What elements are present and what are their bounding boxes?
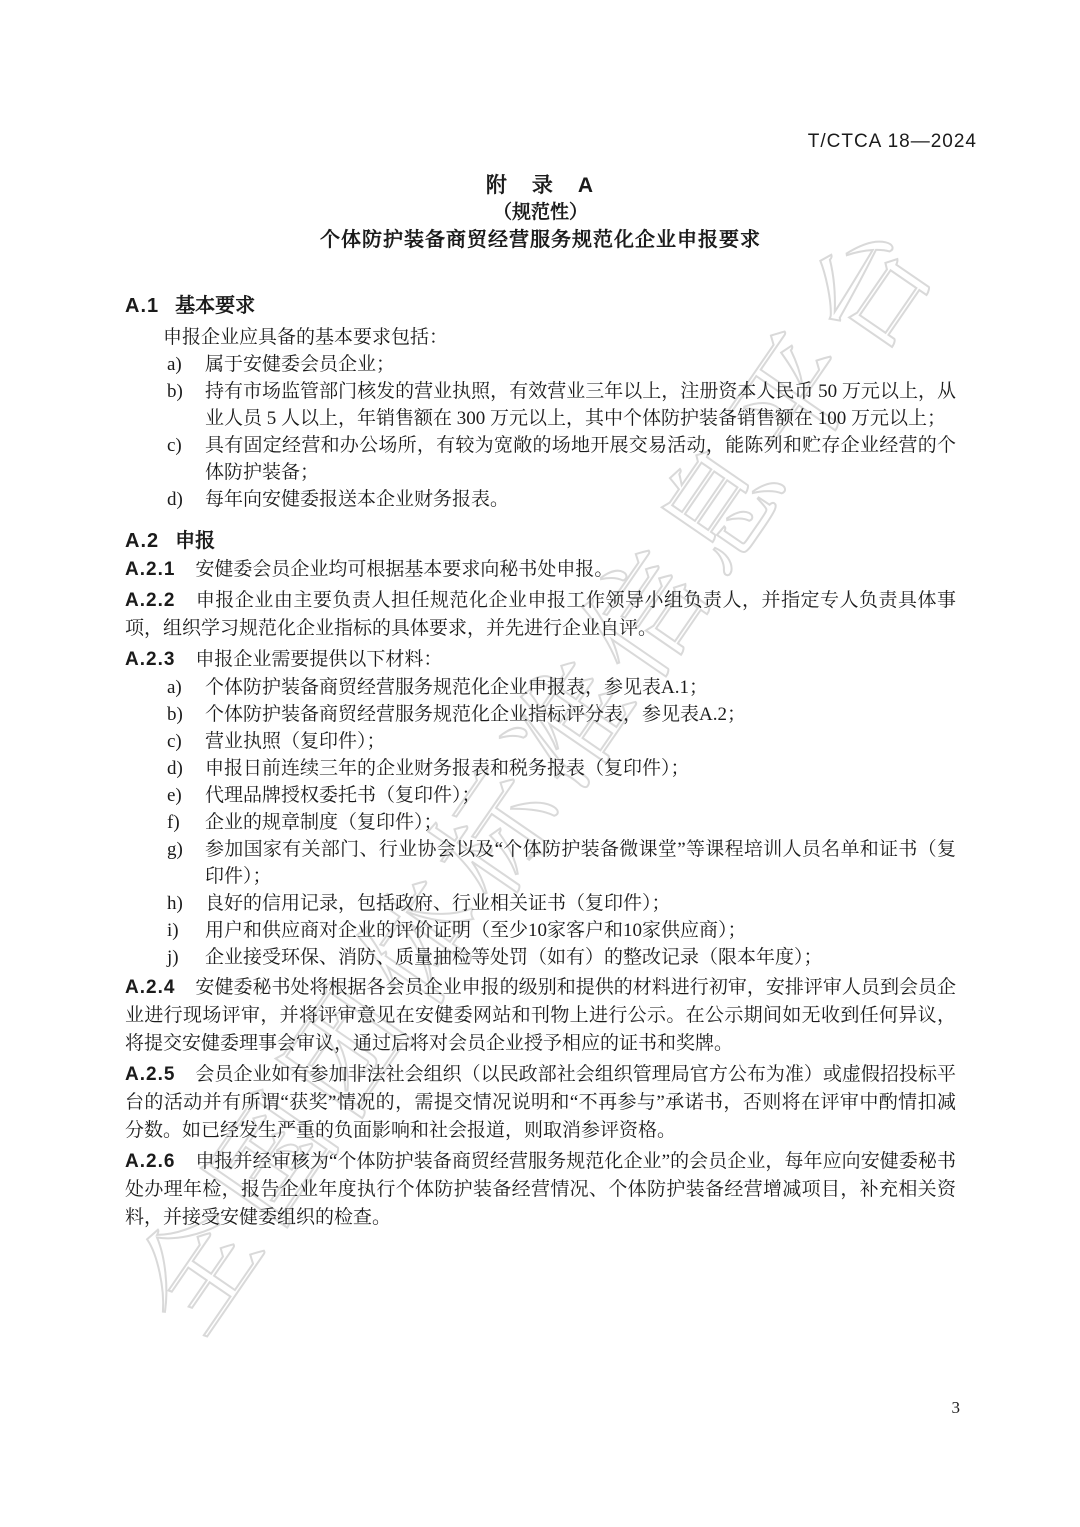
- clause-a2-4-text: 安健委秘书处将根据各会员企业申报的级别和提供的材料进行初审，安排评审人员到会员企…: [125, 977, 956, 1054]
- list-item-label: a): [167, 351, 182, 378]
- list-item: b)个体防护装备商贸经营服务规范化企业指标评分表，参见表A.2；: [125, 701, 956, 728]
- list-item: d)申报日前连续三年的企业财务报表和税务报表（复印件）；: [125, 755, 956, 782]
- list-item-text: 参加国家有关部门、行业协会以及“个体防护装备微课堂”等课程培训人员名单和证书（复…: [205, 839, 956, 887]
- section-a2-title: 申报: [175, 530, 215, 552]
- section-a1-list: a)属于安健委会员企业； b)持有市场监管部门核发的营业执照，有效营业三年以上，…: [125, 351, 956, 513]
- clause-a2-3-text: 申报企业需要提供以下材料：: [195, 649, 442, 670]
- list-item-text: 用户和供应商对企业的评价证明（至少10家客户和10家供应商）；: [205, 920, 747, 941]
- page-number: 3: [952, 1398, 961, 1418]
- list-item: g)参加国家有关部门、行业协会以及“个体防护装备微课堂”等课程培训人员名单和证书…: [125, 836, 956, 890]
- appendix-title: 个体防护装备商贸经营服务规范化企业申报要求: [125, 226, 956, 254]
- list-item-text: 申报日前连续三年的企业财务报表和税务报表（复印件）；: [205, 758, 690, 779]
- list-item: a)个体防护装备商贸经营服务规范化企业申报表，参见表A.1；: [125, 674, 956, 701]
- clause-a2-6-text: 申报并经审核为“个体防护装备商贸经营服务规范化企业”的会员企业，每年应向安健委秘…: [125, 1151, 956, 1228]
- list-item: f)企业的规章制度（复印件）；: [125, 809, 956, 836]
- list-item-label: j): [167, 944, 179, 971]
- list-item-label: d): [167, 755, 183, 782]
- clause-a2-2-text: 申报企业由主要负责人担任规范化企业申报工作领导小组负责人，并指定专人负责具体事项…: [125, 590, 956, 639]
- list-item: a)属于安健委会员企业；: [125, 351, 956, 378]
- clause-a2-1: A.2.1安健委会员企业均可根据基本要求向秘书处申报。: [125, 556, 956, 584]
- clause-a2-5-text: 会员企业如有参加非法社会组织（以民政部社会组织管理局官方公布为准）或虚假招投标平…: [125, 1064, 956, 1141]
- clause-a2-4-number: A.2.4: [125, 977, 175, 998]
- list-item: c)具有固定经营和办公场所，有较为宽敞的场地开展交易活动，能陈列和贮存企业经营的…: [125, 432, 956, 486]
- section-a1-title: 基本要求: [175, 295, 255, 317]
- document-page: 全国团体标准信息平台 T/CTCA 18—2024 附 录 A （规范性） 个体…: [0, 0, 1080, 1527]
- list-item: e)代理品牌授权委托书（复印件）；: [125, 782, 956, 809]
- list-item-text: 营业执照（复印件）；: [205, 731, 386, 752]
- list-item: j)企业接受环保、消防、质量抽检等处罚（如有）的整改记录（限本年度）；: [125, 944, 956, 971]
- section-a2-number: A.2: [125, 530, 159, 552]
- list-item-label: f): [167, 809, 180, 836]
- list-item: c)营业执照（复印件）；: [125, 728, 956, 755]
- section-a1-heading: A.1基本要求: [125, 294, 956, 318]
- section-a2-heading: A.2申报: [125, 529, 956, 553]
- clause-a2-1-number: A.2.1: [125, 559, 175, 580]
- section-a1-number: A.1: [125, 295, 159, 317]
- list-item-label: e): [167, 782, 182, 809]
- list-item-label: h): [167, 890, 183, 917]
- clause-a2-3-number: A.2.3: [125, 649, 175, 670]
- list-item: h)良好的信用记录，包括政府、行业相关证书（复印件）；: [125, 890, 956, 917]
- list-item-label: a): [167, 674, 182, 701]
- clause-a2-5-number: A.2.5: [125, 1064, 175, 1085]
- appendix-label: 附 录 A: [125, 172, 956, 199]
- list-item-text: 良好的信用记录，包括政府、行业相关证书（复印件）；: [205, 893, 671, 914]
- section-a2-materials-list: a)个体防护装备商贸经营服务规范化企业申报表，参见表A.1； b)个体防护装备商…: [125, 674, 956, 971]
- list-item-text: 每年向安健委报送本企业财务报表。: [205, 489, 509, 510]
- clause-a2-4: A.2.4安健委秘书处将根据各会员企业申报的级别和提供的材料进行初审，安排评审人…: [125, 974, 956, 1058]
- appendix-normative-note: （规范性）: [125, 199, 956, 226]
- list-item-label: c): [167, 432, 182, 459]
- list-item-text: 持有市场监管部门核发的营业执照，有效营业三年以上，注册资本人民币 50 万元以上…: [205, 381, 956, 429]
- list-item-text: 个体防护装备商贸经营服务规范化企业指标评分表，参见表A.2；: [205, 704, 746, 725]
- list-item-text: 具有固定经营和办公场所，有较为宽敞的场地开展交易活动，能陈列和贮存企业经营的个体…: [205, 435, 956, 483]
- list-item-text: 属于安健委会员企业；: [205, 354, 395, 375]
- page-content: 附 录 A （规范性） 个体防护装备商贸经营服务规范化企业申报要求 A.1基本要…: [125, 0, 956, 1232]
- list-item-text: 企业接受环保、消防、质量抽检等处罚（如有）的整改记录（限本年度）；: [205, 947, 823, 968]
- list-item-label: i): [167, 917, 179, 944]
- clause-a2-2: A.2.2申报企业由主要负责人担任规范化企业申报工作领导小组负责人，并指定专人负…: [125, 587, 956, 643]
- list-item-label: d): [167, 486, 183, 513]
- clause-a2-6: A.2.6申报并经审核为“个体防护装备商贸经营服务规范化企业”的会员企业，每年应…: [125, 1148, 956, 1232]
- list-item-text: 企业的规章制度（复印件）；: [205, 812, 443, 833]
- list-item-label: b): [167, 378, 183, 405]
- clause-a2-5: A.2.5会员企业如有参加非法社会组织（以民政部社会组织管理局官方公布为准）或虚…: [125, 1061, 956, 1145]
- list-item-label: b): [167, 701, 183, 728]
- list-item-label: c): [167, 728, 182, 755]
- clause-a2-2-number: A.2.2: [125, 590, 175, 611]
- appendix-heading-block: 附 录 A （规范性） 个体防护装备商贸经营服务规范化企业申报要求: [125, 0, 956, 254]
- list-item: i)用户和供应商对企业的评价证明（至少10家客户和10家供应商）；: [125, 917, 956, 944]
- clause-a2-6-number: A.2.6: [125, 1151, 175, 1172]
- list-item-text: 代理品牌授权委托书（复印件）；: [205, 785, 481, 806]
- list-item-text: 个体防护装备商贸经营服务规范化企业申报表，参见表A.1；: [205, 677, 708, 698]
- list-item-label: g): [167, 836, 183, 863]
- clause-a2-1-text: 安健委会员企业均可根据基本要求向秘书处申报。: [195, 559, 613, 580]
- list-item: d)每年向安健委报送本企业财务报表。: [125, 486, 956, 513]
- list-item: b)持有市场监管部门核发的营业执照，有效营业三年以上，注册资本人民币 50 万元…: [125, 378, 956, 432]
- clause-a2-3: A.2.3申报企业需要提供以下材料：: [125, 646, 956, 674]
- section-a1-intro: 申报企业应具备的基本要求包括：: [125, 324, 956, 351]
